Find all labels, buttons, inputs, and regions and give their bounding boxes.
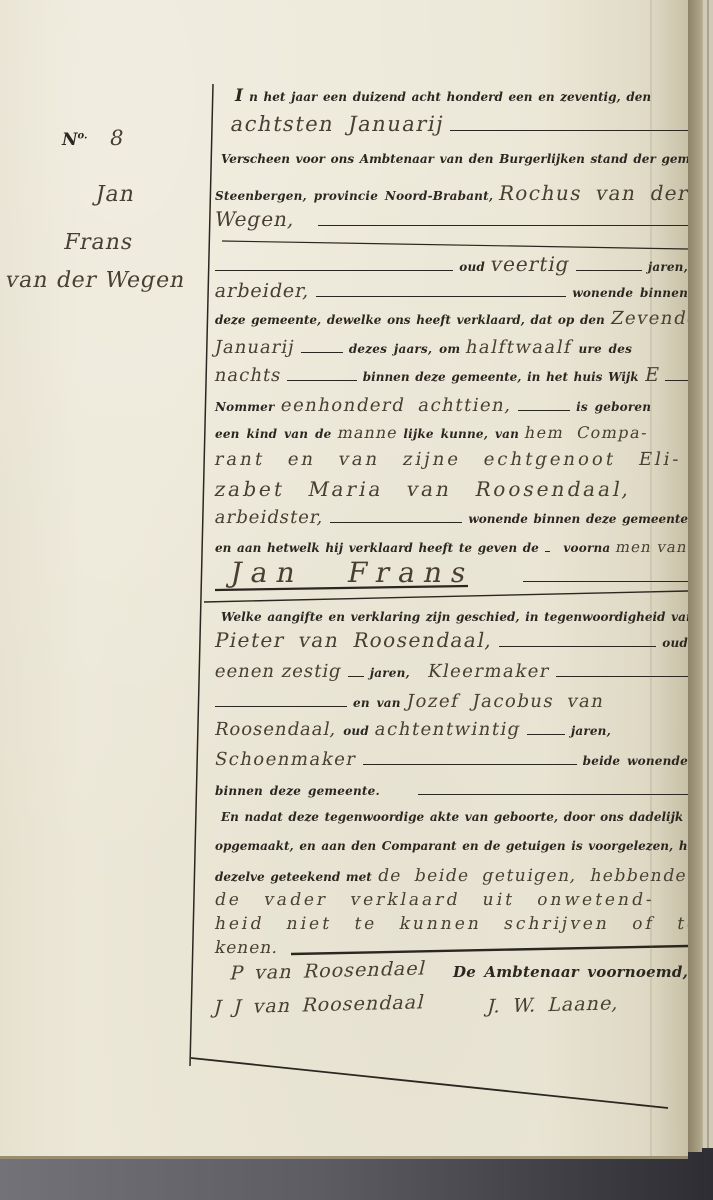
blank-rule bbox=[318, 209, 688, 226]
act-line: zabet Maria van Roosendaal, bbox=[215, 477, 688, 501]
spacer bbox=[386, 794, 412, 795]
handwritten-text: halftwaalf bbox=[464, 337, 574, 358]
act-line: oudveertigjaren, bbox=[215, 252, 688, 276]
blank-rule bbox=[330, 506, 462, 523]
handwritten-text: achtentwintig bbox=[373, 719, 523, 740]
blank-rule bbox=[215, 254, 453, 271]
handwritten-text: eenen zestig bbox=[213, 661, 344, 682]
blank-rule bbox=[301, 336, 343, 353]
act-line: Welke aangifte en verklaring zijn geschi… bbox=[215, 604, 688, 624]
blank-rule bbox=[418, 778, 688, 795]
handwritten-text: hem Compa- bbox=[523, 423, 650, 442]
handwritten-text: J. W. Laane, bbox=[485, 992, 623, 1017]
act-line: Steenbergen, provincie Noord-Brabant,Roc… bbox=[215, 181, 688, 205]
document-page: No.8 Jan Frans van der Wegen In het jaar… bbox=[0, 0, 688, 1159]
printed-text: oud bbox=[459, 260, 485, 274]
blank-rule bbox=[363, 748, 577, 765]
handwritten-text: kenen. bbox=[213, 938, 281, 958]
printed-text: dezelve geteekend met bbox=[215, 870, 372, 884]
printed-text: deze gemeente, dewelke ons heeft verklaa… bbox=[215, 313, 605, 327]
spacer bbox=[556, 551, 558, 552]
printed-text: binnen deze gemeente. bbox=[215, 784, 380, 798]
spacer bbox=[215, 976, 225, 977]
handwritten-text: J J van Roosendaal bbox=[212, 991, 428, 1018]
act-line: Verscheen voor ons Ambtenaar van den Bur… bbox=[215, 152, 688, 166]
handwritten-text: rant en van zijne echtgenoot Eli- bbox=[213, 449, 684, 470]
act-line: Pieter van Roosendaal,oud bbox=[215, 628, 688, 652]
blank-rule bbox=[556, 660, 688, 677]
spacer bbox=[430, 1010, 482, 1011]
printed-text: jaren, bbox=[370, 666, 410, 680]
handwritten-text: Jozef Jacobus van bbox=[405, 691, 607, 712]
act-line: En nadat deze tegenwoordige akte van geb… bbox=[215, 810, 688, 824]
printed-text: wonende binnen bbox=[572, 286, 688, 300]
printed-text: Verscheen voor ons Ambtenaar van den Bur… bbox=[221, 152, 688, 166]
blank-rule bbox=[523, 565, 688, 582]
act-line: eenen zestigjaren,Kleermaker bbox=[215, 660, 688, 682]
handwritten-text: Januarij bbox=[213, 337, 297, 358]
handwritten-text: P van Roosendael bbox=[228, 957, 429, 984]
blank-rule bbox=[215, 690, 347, 707]
handwritten-text: Wegen, bbox=[213, 207, 298, 231]
handwritten-text: achtsten Januarij bbox=[229, 112, 447, 136]
act-line: kenen. bbox=[215, 938, 688, 958]
act-line: Januarijdezes jaars, omhalftwaalfure des bbox=[215, 336, 688, 358]
spacer bbox=[625, 1010, 688, 1011]
blank-rule bbox=[348, 660, 364, 677]
printed-text: Welke aangifte en verklaring zijn geschi… bbox=[221, 610, 688, 624]
handwritten-text: Kleermaker bbox=[426, 661, 552, 682]
printed-text: Steenbergen, provincie Noord-Brabant, bbox=[215, 189, 493, 203]
printed-text: Nommer bbox=[215, 400, 275, 414]
printed-text: beide wonende bbox=[583, 754, 688, 768]
next-page-edge bbox=[702, 0, 713, 1148]
handwritten-text: arbeider, bbox=[213, 280, 313, 302]
handwritten-text: veertig bbox=[489, 252, 572, 276]
handwritten-text: Roosendaal, bbox=[213, 719, 339, 740]
printed-text: opgemaakt, en aan den Comparant en de ge… bbox=[215, 839, 688, 853]
book-gutter-shadow bbox=[688, 0, 702, 1152]
handwritten-text: de beide getuigen, hebbende bbox=[376, 866, 688, 886]
spacer bbox=[215, 100, 229, 101]
act-line: achtsten Januarij bbox=[215, 112, 688, 136]
handwritten-text: arbeidster, bbox=[213, 507, 326, 528]
act-line: Roosendaal,oudachtentwintigjaren, bbox=[215, 718, 688, 740]
printed-text: binnen deze gemeente, in het huis Wijk bbox=[363, 370, 639, 384]
act-line: deze gemeente, dewelke ons heeft verklaa… bbox=[215, 308, 688, 329]
blank-rule bbox=[518, 394, 570, 411]
blank-rule bbox=[545, 535, 550, 552]
act-line: P van RoosendaelDe Ambtenaar voornoemd, bbox=[215, 960, 688, 982]
printed-text: n het jaar een duizend acht honderd een … bbox=[249, 90, 651, 104]
handwritten-text: Jan Frans bbox=[228, 556, 478, 589]
printed-text: een kind van de bbox=[215, 427, 332, 441]
act-line: en aan hetwelk hij verklaard heeft te ge… bbox=[215, 535, 688, 556]
act-line: nachtsbinnen deze gemeente, in het huis … bbox=[215, 364, 688, 386]
act-line: opgemaakt, en aan den Comparant en de ge… bbox=[215, 839, 688, 853]
act-line: een kind van demannelijke kunne, vanhem … bbox=[215, 423, 688, 442]
spacer bbox=[302, 225, 312, 226]
act-line: Schoenmakerbeide wonende bbox=[215, 748, 688, 770]
act-line: Jan Frans bbox=[215, 556, 688, 589]
spacer bbox=[481, 581, 517, 582]
blank-rule bbox=[665, 364, 688, 381]
printed-text: voorna bbox=[563, 541, 610, 555]
act-line: en vanJozef Jacobus van bbox=[215, 690, 688, 712]
spacer bbox=[416, 676, 422, 677]
scanned-book-page: No.8 Jan Frans van der Wegen In het jaar… bbox=[0, 0, 713, 1200]
handwritten-text: nachts bbox=[213, 365, 284, 386]
printed-text: jaren, bbox=[571, 724, 611, 738]
act-line: rant en van zijne echtgenoot Eli- bbox=[215, 449, 688, 470]
printed-text: is geboren bbox=[576, 400, 651, 414]
handwritten-text: heid niet te kunnen schrijven of tee- bbox=[213, 914, 688, 934]
printed-text: en van bbox=[353, 696, 401, 710]
act-line: Nommereenhonderd achttien,is geboren bbox=[215, 394, 688, 416]
act-line: Wegen, bbox=[215, 207, 688, 231]
blank-rule bbox=[316, 280, 566, 297]
printed-text: En nadat deze tegenwoordige akte van geb… bbox=[221, 810, 688, 824]
handwritten-text: manne bbox=[336, 423, 399, 442]
act-line: arbeider,wonende binnen bbox=[215, 280, 688, 302]
blank-rule bbox=[499, 630, 656, 647]
printed-text: jaren, bbox=[648, 260, 688, 274]
printed-text: oud bbox=[343, 724, 369, 738]
handwritten-text: Pieter van Roosendaal, bbox=[213, 628, 496, 652]
act-line: de vader verklaard uit onwetend- bbox=[215, 890, 688, 910]
paper-fold-crease bbox=[650, 0, 652, 1156]
blank-rule bbox=[576, 254, 642, 271]
printed-text: I bbox=[235, 86, 243, 106]
printed-text: ure des bbox=[579, 342, 633, 356]
blank-rule bbox=[527, 718, 565, 735]
act-body: In het jaar een duizend acht honderd een… bbox=[0, 0, 688, 1156]
blank-rule bbox=[287, 364, 356, 381]
printed-text: lijke kunne, van bbox=[403, 427, 519, 441]
printed-text: oud bbox=[662, 636, 688, 650]
blank-rule bbox=[450, 114, 688, 131]
printed-text: De Ambtenaar voornoemd, bbox=[453, 963, 688, 981]
handwritten-text: de vader verklaard uit onwetend- bbox=[213, 890, 657, 910]
spacer bbox=[215, 130, 225, 131]
printed-text: dezes jaars, om bbox=[349, 342, 460, 356]
printed-text: wonende binnen deze gemeente bbox=[468, 512, 688, 526]
act-line: heid niet te kunnen schrijven of tee- bbox=[215, 914, 688, 934]
handwritten-text: Schoenmaker bbox=[213, 749, 359, 770]
printed-text: en aan hetwelk hij verklaard heeft te ge… bbox=[215, 541, 539, 555]
handwritten-text: Rochus van der bbox=[497, 181, 688, 205]
handwritten-text: zabet Maria van Roosendaal, bbox=[213, 477, 635, 501]
handwritten-text: E bbox=[642, 364, 661, 386]
handwritten-text: eenhonderd achttien, bbox=[278, 395, 514, 416]
handwritten-text: Zevenden bbox=[609, 308, 688, 329]
spacer bbox=[215, 581, 225, 582]
act-line: In het jaar een duizend acht honderd een… bbox=[215, 86, 688, 106]
spacer bbox=[432, 976, 447, 977]
act-line: dezelve geteekend metde beide getuigen, … bbox=[215, 866, 688, 886]
act-line: J J van RoosendaalJ. W. Laane, bbox=[215, 994, 688, 1016]
act-line: arbeidster,wonende binnen deze gemeente bbox=[215, 506, 688, 528]
act-line: binnen deze gemeente. bbox=[215, 778, 688, 798]
